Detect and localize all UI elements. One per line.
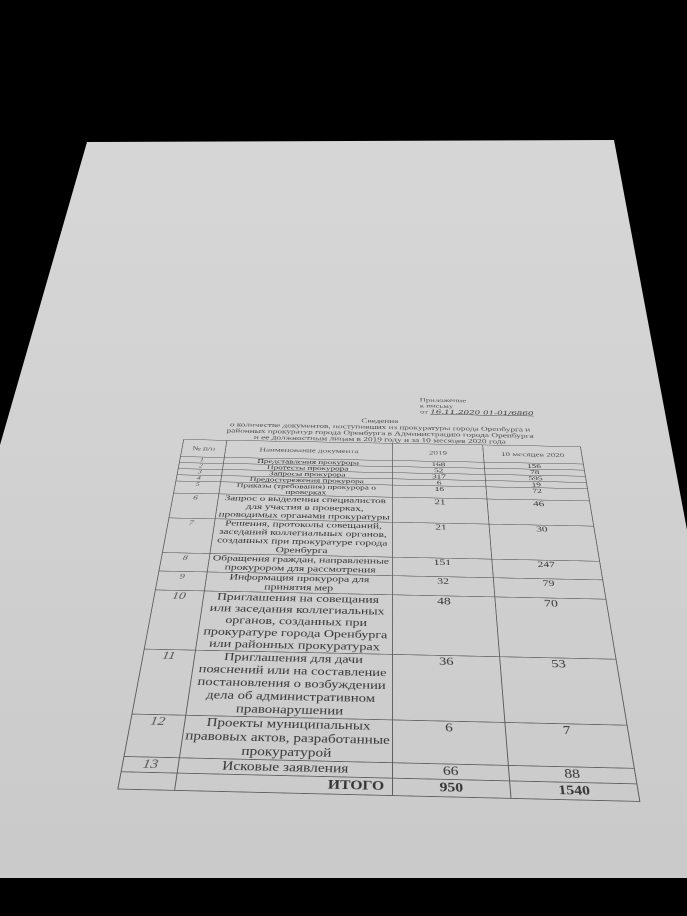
total-2020: 1540 [510,781,640,802]
value-2019: 21 [393,497,489,524]
table-row: 11Приглашения для дачи пояснений или на … [132,649,627,725]
total-empty-cell [118,772,177,791]
total-2019: 950 [393,778,511,798]
handwritten-reference: 16.11.2020 01-01/6860 [430,408,534,416]
value-2019: 36 [393,654,505,722]
row-number: 10 [144,590,204,650]
row-number: 12 [124,714,186,758]
header-number: № п/п [180,440,226,458]
value-2019: 48 [393,595,500,657]
total-label: ИТОГО [175,773,393,795]
value-2020: 30 [489,524,600,561]
document-name: Запрос о выделении специалистов для учас… [215,494,393,522]
document-page: Приложение к письму от 16.11.2020 01-01/… [32,383,672,825]
value-2020: 46 [487,499,594,526]
value-2020: 53 [500,657,627,725]
document-name: Решения, протоколы совещаний, заседаний … [210,519,393,557]
row-number: 7 [162,518,215,554]
value-2020: 70 [495,597,616,659]
value-2020: 7 [505,722,634,768]
value-2019: 151 [393,557,494,578]
documents-table: № п/п Наименование документа 2019 10 мес… [117,439,640,802]
row-number: 6 [169,493,219,519]
attachment-line-3: от 16.11.2020 01-01/6860 [420,409,534,417]
value-2019: 21 [393,522,492,559]
header-2019: 2019 [393,443,484,462]
table-row: 10Приглашения на совещания или заседания… [144,590,616,659]
document-view: Приложение к письму от 16.11.2020 01-01/… [0,0,687,916]
row-number: 8 [159,553,210,572]
row-number: 13 [121,756,179,773]
document-name: Приглашения на совещания или заседания к… [196,591,393,654]
attachment-prefix: от [420,408,428,415]
row-number: 11 [132,649,196,715]
document-name: Приглашения для дачи пояснений или на со… [186,650,393,720]
attachment-note: Приложение к письму от 16.11.2020 01-01/… [420,397,534,417]
header-10-months-2020: 10 месяцев 2020 [483,445,584,464]
row-number: 5 [174,481,221,494]
value-2019: 32 [393,576,495,597]
document-name: Проекты муниципальных правовых актов, ра… [179,715,392,762]
value-2019: 6 [393,720,509,766]
value-2020: 247 [492,559,603,580]
value-2020: 79 [493,578,606,599]
row-number: 9 [155,571,207,591]
